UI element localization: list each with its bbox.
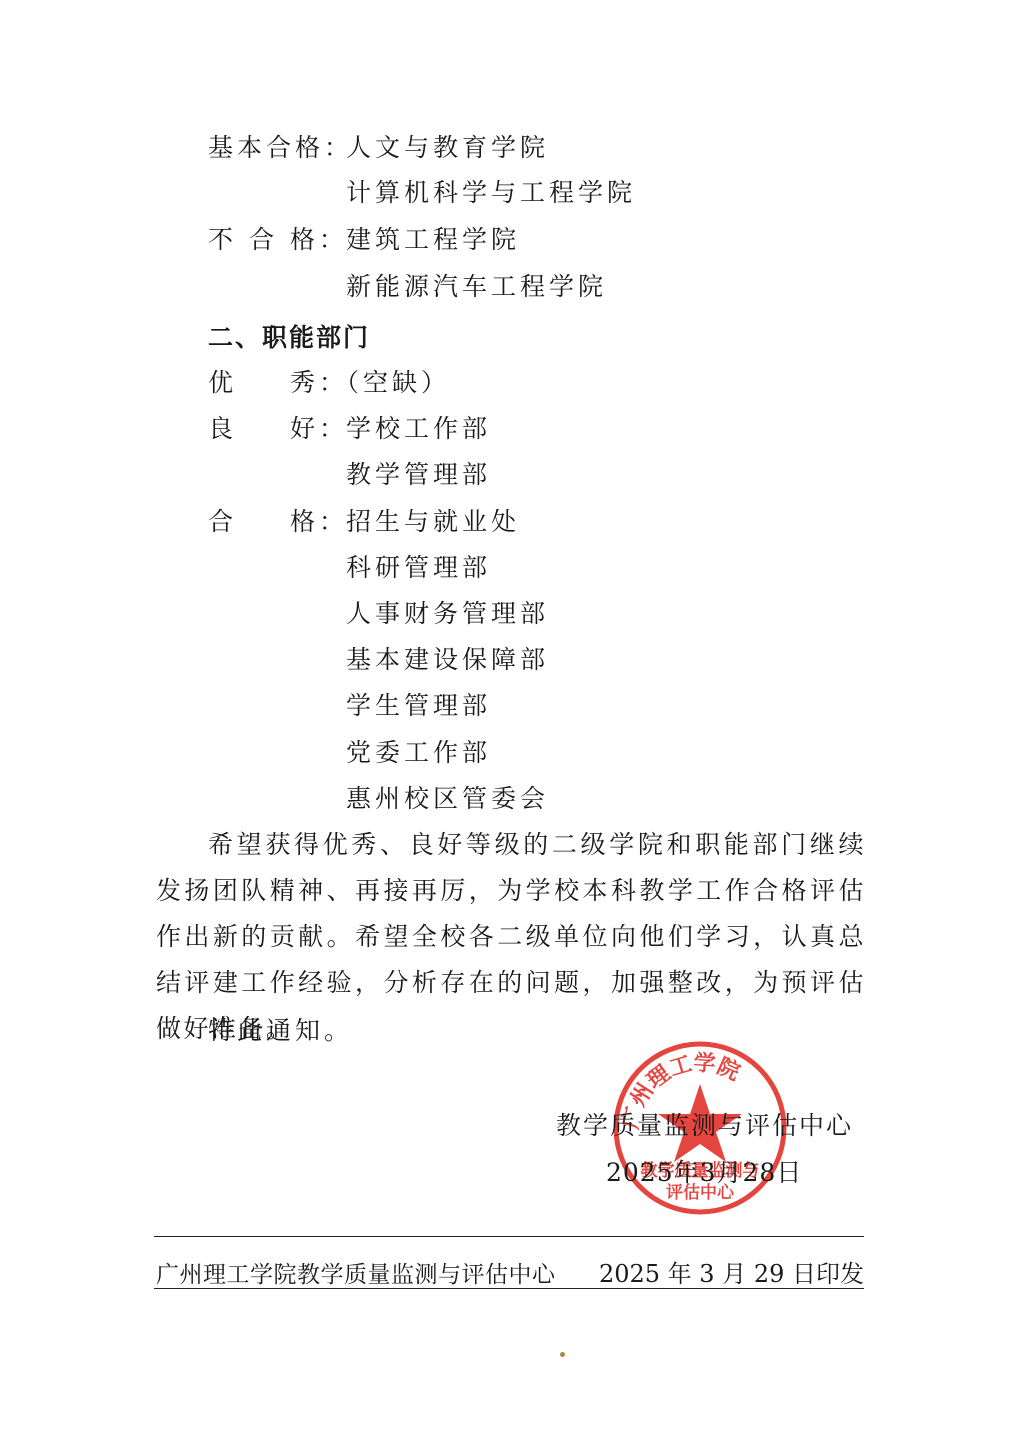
pass-item: 基本建设保障部 — [346, 644, 549, 676]
basic-pass-item: 计算机科学与工程学院 — [346, 177, 636, 209]
basic-pass-item: 人文与教育学院 — [346, 132, 549, 164]
fail-item: 建筑工程学院 — [346, 224, 520, 256]
footer-bottom-rule — [154, 1288, 864, 1289]
footer-issued-date: 2025 年 3 月 29 日印发 — [599, 1254, 864, 1289]
pass-item: 科研管理部 — [346, 552, 491, 584]
closing-text: 特此通知。 — [208, 1015, 353, 1047]
footer-top-rule — [154, 1236, 864, 1237]
fail-item: 新能源汽车工程学院 — [346, 271, 607, 303]
basic-pass-label: 基本合格： — [208, 132, 353, 164]
good-label-b: 好： — [290, 413, 348, 445]
pass-item: 党委工作部 — [346, 737, 491, 769]
footer-issuer: 广州理工学院教学质量监测与评估中心 — [156, 1256, 556, 1289]
document-page: 基本合格： 人文与教育学院 计算机科学与工程学院 不 合 格： 建筑工程学院 新… — [0, 0, 1024, 1448]
pass-label-a: 合 — [208, 506, 237, 538]
good-item: 教学管理部 — [346, 459, 491, 491]
pass-item: 惠州校区管委会 — [346, 783, 549, 815]
pass-item: 学生管理部 — [346, 690, 491, 722]
scan-speck — [560, 1352, 565, 1357]
signature-date: 2025年3月28日 — [606, 1153, 802, 1189]
excellent-item: （空缺） — [334, 367, 450, 399]
good-label-a: 良 — [208, 413, 237, 445]
good-item: 学校工作部 — [346, 413, 491, 445]
signature-org: 教学质量监测与评估中心 — [556, 1106, 853, 1142]
fail-label: 不 合 格： — [208, 224, 348, 256]
excellent-label-a: 优 — [208, 367, 237, 399]
pass-item: 招生与就业处 — [346, 506, 520, 538]
pass-item: 人事财务管理部 — [346, 598, 549, 630]
section-heading: 二、职能部门 — [208, 322, 370, 354]
pass-label-b: 格： — [290, 506, 348, 538]
